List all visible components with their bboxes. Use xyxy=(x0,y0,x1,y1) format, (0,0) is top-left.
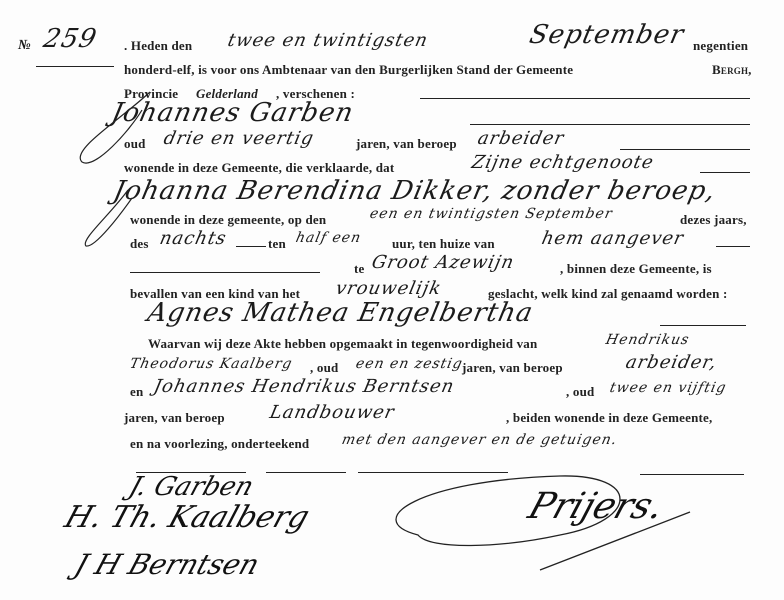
ink-flourishes xyxy=(0,0,784,600)
birth-record-scan: № 259 . Heden den twee en twintigsten Se… xyxy=(0,0,784,600)
flourish-j-loop xyxy=(85,190,132,246)
flourish-j-loop xyxy=(80,92,150,163)
registrar-signature-loop xyxy=(396,476,620,546)
registrar-signature-underline xyxy=(540,512,690,570)
